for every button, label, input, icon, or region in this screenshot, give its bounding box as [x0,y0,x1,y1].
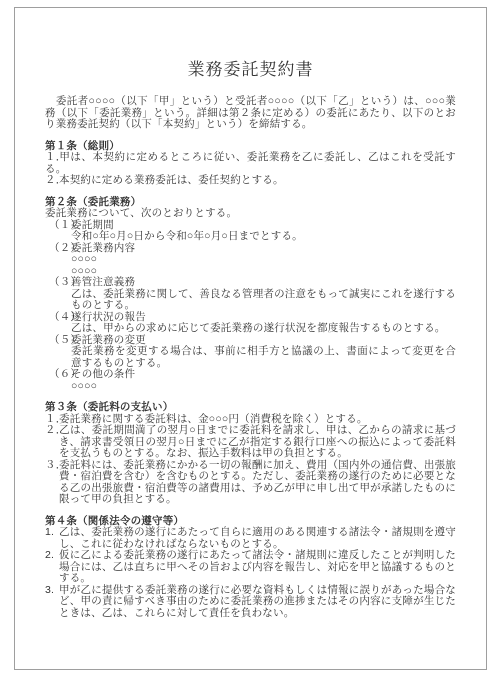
item-marker: （６） [49,369,71,381]
clause-item: ２．本契約に定める業務委託は、委任契約とする。 [45,175,456,187]
item-marker: （２） [49,243,71,255]
document-preamble: 委託者○○○○（以下「甲」という）と受託者○○○○（以下「乙」という）は、○○○… [45,96,456,131]
article: 第３条（委託料の支払い）１．委託業務に関する委託料は、金○○○円（消費税を除く）… [45,402,456,506]
item-body-line: ○○○○ [49,254,456,266]
item-text: 甲が乙に提供する委託業務の遂行に必要な資料もしくは情報に誤りがあった場合など、甲… [59,584,456,619]
contract-document-page: 業務委託契約書 委託者○○○○（以下「甲」という）と受託者○○○○（以下「乙」と… [14,7,487,670]
clause-item: （５）委託業務の変更委託業務を変更する場合は、事前に相手方と協議の上、書面によっ… [45,335,456,370]
item-text: 委託業務に関する委託料は、金○○○円（消費税を除く）とする。 [59,413,368,425]
item-body-line: 乙は、委託業務に関して、善良なる管理者の注意をもって誠実にこれを遂行するものとす… [49,289,456,312]
item-marker: （３） [49,277,71,289]
clause-item: 3.甲が乙に提供する委託業務の遂行に必要な資料もしくは情報に誤りがあった場合など… [45,585,456,620]
item-body-line: ○○○○ [49,381,456,393]
item-text: 遂行状況の報告 [71,311,146,323]
clause-item: （６）その他の条件○○○○ [45,369,456,392]
item-marker: ３． [45,460,59,472]
item-line: 2.仮に乙による委託業務の遂行にあたって諸法令・諸規則に違反したことが判明した場… [59,550,456,585]
clause-item: 2.仮に乙による委託業務の遂行にあたって諸法令・諸規則に違反したことが判明した場… [45,550,456,585]
item-body-line: 委託業務を変更する場合は、事前に相手方と協議の上、書面によって変更を合意するもの… [49,346,456,369]
item-text: 仮に乙による委託業務の遂行にあたって諸法令・諸規則に違反したことが判明した場合に… [59,549,456,584]
item-text: 委託業務の変更 [71,334,146,346]
clause-item: １．甲は、本契約に定めるところに従い、委託業務を乙に委託し、乙はこれを受託する。 [45,152,456,175]
item-marker: ２． [45,425,59,437]
item-text: 委託期間 [71,219,114,231]
item-marker: （１） [49,220,71,232]
item-text: 本契約に定める業務委託は、委任契約とする。 [59,174,284,186]
clause-item: （３）善管注意義務乙は、委託業務に関して、善良なる管理者の注意をもって誠実にこれ… [45,277,456,312]
item-text: その他の条件 [71,368,135,380]
document-title: 業務委託契約書 [45,59,456,80]
clause-item: （１）委託期間令和○年○月○日から令和○年○月○日までとする。 [45,220,456,243]
item-text: 善管注意義務 [71,276,135,288]
clause-item: （４）遂行状況の報告乙は、甲からの求めに応じて委託業務の遂行状況を都度報告するも… [45,312,456,335]
item-line: （３）善管注意義務 [49,277,456,289]
item-marker: （５） [49,335,71,347]
item-marker: 3. [45,585,59,597]
item-line: 3.甲が乙に提供する委託業務の遂行に必要な資料もしくは情報に誤りがあった場合など… [59,585,456,620]
item-marker: 2. [45,550,59,562]
item-text: 乙は、委託期間満了の翌月○日までに委託料を請求し、甲は、乙からの請求に基づき、請… [59,424,456,459]
item-line: ３．委託料には、委託業務にかかる一切の報酬に加え、費用（国内外の通信費、出張旅費… [59,460,456,506]
item-line: １．甲は、本契約に定めるところに従い、委託業務を乙に委託し、乙はこれを受託する。 [45,152,456,175]
item-marker: ２． [45,175,59,187]
clause-item: ２．乙は、委託期間満了の翌月○日までに委託料を請求し、甲は、乙からの請求に基づき… [45,425,456,460]
item-line: （２）委託業務内容 [49,243,456,255]
clause-item: 1.乙は、委託業務の遂行にあたって自らに適用のある関連する諸法令・諸規則を遵守し… [45,527,456,550]
article: 第２条（委託業務）委託業務について、次のとおりとする。（１）委託期間令和○年○月… [45,197,456,393]
item-marker: 1. [45,527,59,539]
article: 第４条（関係法令の遵守等）1.乙は、委託業務の遂行にあたって自らに適用のある関連… [45,516,456,620]
item-text: 甲は、本契約に定めるところに従い、委託業務を乙に委託し、乙はこれを受託する。 [45,151,456,175]
clause-item: （２）委託業務内容○○○○○○○○ [45,243,456,278]
item-text: 乙は、委託業務の遂行にあたって自らに適用のある関連する諸法令・諸規則を遵守し、こ… [59,526,456,550]
article: 第１条（総則）１．甲は、本契約に定めるところに従い、委託業務を乙に委託し、乙はこ… [45,141,456,187]
item-line: ２．乙は、委託期間満了の翌月○日までに委託料を請求し、甲は、乙からの請求に基づき… [59,425,456,460]
item-line: ２．本契約に定める業務委託は、委任契約とする。 [45,175,456,187]
clause-item: ３．委託料には、委託業務にかかる一切の報酬に加え、費用（国内外の通信費、出張旅費… [45,460,456,506]
item-text: 委託料には、委託業務にかかる一切の報酬に加え、費用（国内外の通信費、出張旅費・宿… [59,459,456,506]
item-line: 1.乙は、委託業務の遂行にあたって自らに適用のある関連する諸法令・諸規則を遵守し… [59,527,456,550]
item-line: （６）その他の条件 [49,369,456,381]
item-marker: （４） [49,312,71,324]
item-text: 委託業務内容 [71,242,135,254]
articles: 第１条（総則）１．甲は、本契約に定めるところに従い、委託業務を乙に委託し、乙はこ… [45,141,456,620]
